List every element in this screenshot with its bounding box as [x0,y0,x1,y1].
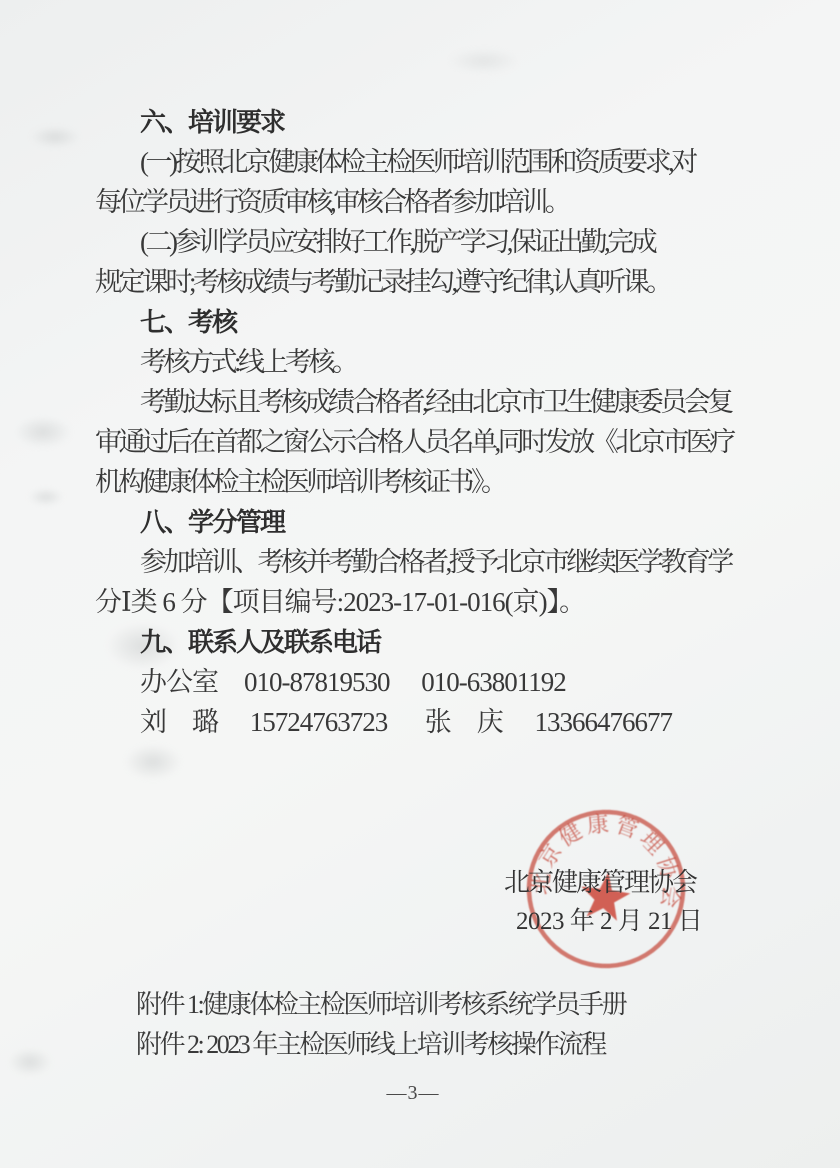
heading-section-6: 六、培训要求 [95,102,753,142]
scan-smudge [28,488,64,506]
contact-office-line: 办公室 010-87819530 010-63801192 [95,662,753,702]
para-7-cert-line3: 机构健康体检主检医师培训考核证书》。 [95,462,753,502]
para-8-credit-line2: 分Ⅰ类 6 分【项目编号:2023-17-01-016(京)】。 [95,582,753,622]
page-number: —3— [0,1082,826,1105]
scan-smudge [8,1048,52,1076]
heading-section-7: 七、考核 [95,302,753,342]
attachment-1: 附件 1:健康体检主检医师培训考核系统学员手册 [136,984,625,1021]
scanned-document-page: 六、培训要求 (一)按照北京健康体检主检医师培训范围和资质要求,对 每位学员进行… [0,0,840,1168]
para-6-item1-line2: 每位学员进行资质审核,审核合格者参加培训。 [95,182,753,222]
para-6-item2-line1: (二)参训学员应安排好工作,脱产学习,保证出勤,完成 [95,222,753,262]
scan-smudge [30,126,80,148]
document-body: 六、培训要求 (一)按照北京健康体检主检医师培训范围和资质要求,对 每位学员进行… [95,102,753,742]
heading-section-8: 八、学分管理 [95,502,753,542]
heading-section-9: 九、联系人及联系电话 [95,622,753,662]
para-6-item2-line2: 规定课时;考核成绩与考勤记录挂勾,遵守纪律,认真听课。 [95,262,753,302]
para-6-item1-line1: (一)按照北京健康体检主检医师培训范围和资质要求,对 [95,142,753,182]
signature-date: 2023 年 2 月 21 日 [516,901,702,937]
para-8-credit-line1: 参加培训、考核并考勤合格者,授予北京市继续医学教育学 [95,542,753,582]
para-7-cert-line1: 考勤达标且考核成绩合格者,经由北京市卫生健康委员会复 [95,382,753,422]
attachment-2: 附件 2: 2023 年主检医师线上培训考核操作流程 [136,1024,605,1061]
scan-smudge [124,744,182,780]
contact-persons-line: 刘 璐 15724763723 张 庆 13366476677 [95,702,753,742]
scan-smudge [14,416,72,448]
scan-smudge [448,48,520,74]
signature-organization: 北京健康管理协会 [504,862,696,899]
para-7-method: 考核方式:线上考核。 [95,342,753,382]
para-7-cert-line2: 审通过后在首都之窗公示合格人员名单,同时发放《北京市医疗 [95,422,753,462]
